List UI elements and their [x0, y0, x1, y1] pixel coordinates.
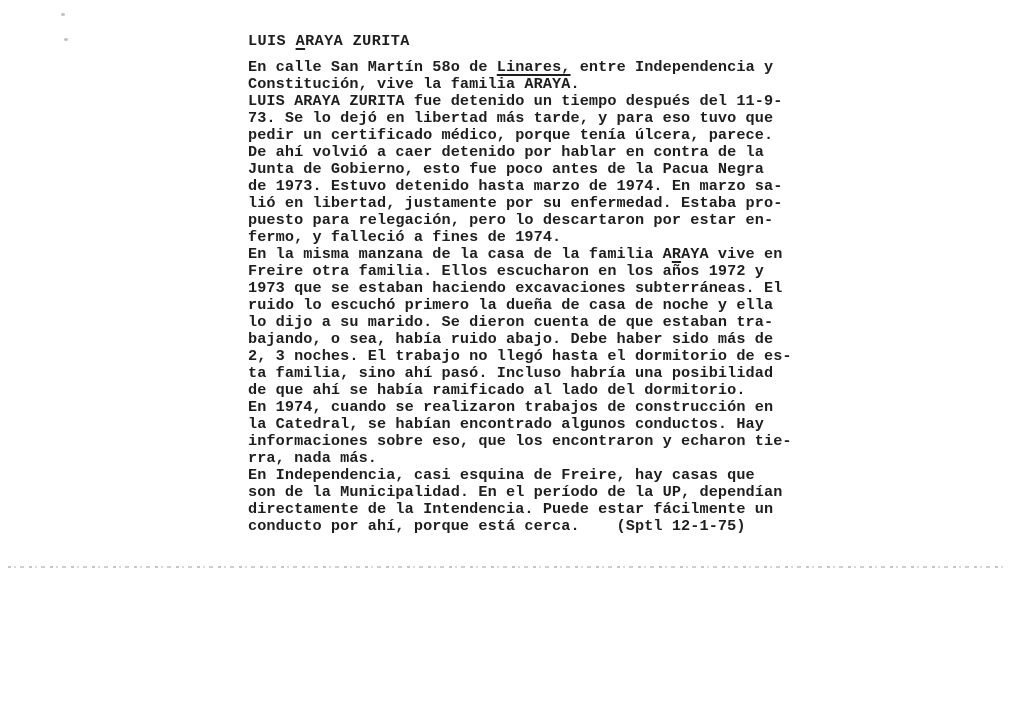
- text-segment: En la misma manzana de la casa de la fam…: [248, 245, 672, 263]
- text-line: conducto por ahí, porque está cerca. (Sp…: [248, 518, 792, 535]
- text-line: De ahí volvió a caer detenido por hablar…: [248, 144, 792, 161]
- scan-speck: [64, 38, 68, 41]
- text-line: ta familia, sino ahí pasó. Incluso habrí…: [248, 365, 792, 382]
- text-line: la Catedral, se habían encontrado alguno…: [248, 416, 792, 433]
- text-segment: entre Independencia y: [571, 58, 774, 76]
- text-line: son de la Municipalidad. En el período d…: [248, 484, 792, 501]
- text-line: En Independencia, casi esquina de Freire…: [248, 467, 792, 484]
- text-line: Junta de Gobierno, esto fue poco antes d…: [248, 161, 792, 178]
- text-line: En calle San Martín 58o de Linares, entr…: [248, 59, 792, 76]
- text-line: lo dijo a su marido. Se dieron cuenta de…: [248, 314, 792, 331]
- text-line: directamente de la Intendencia. Puede es…: [248, 501, 792, 518]
- underlined-text: R: [672, 245, 681, 263]
- text-line: ruido lo escuchó primero la dueña de cas…: [248, 297, 792, 314]
- text-line: En 1974, cuando se realizaron trabajos d…: [248, 399, 792, 416]
- document-body: En calle San Martín 58o de Linares, entr…: [248, 59, 792, 535]
- text-line: lió en libertad, justamente por su enfer…: [248, 195, 792, 212]
- text-line: 2, 3 noches. El trabajo no llegó hasta e…: [248, 348, 792, 365]
- text-line: pedir un certificado médico, porque tení…: [248, 127, 792, 144]
- text-segment: AYA vive en: [681, 245, 782, 263]
- scan-speck: [61, 13, 65, 16]
- title-text: LUIS: [248, 32, 296, 50]
- text-line: de 1973. Estuvo detenido hasta marzo de …: [248, 178, 792, 195]
- text-line: informaciones sobre eso, que los encontr…: [248, 433, 792, 450]
- scanned-document-page: LUIS ARAYA ZURITA En calle San Martín 58…: [0, 0, 1012, 717]
- document-title: LUIS ARAYA ZURITA: [248, 33, 792, 50]
- text-line: bajando, o sea, había ruido abajo. Debe …: [248, 331, 792, 348]
- text-line: 1973 que se estaban haciendo excavacione…: [248, 280, 792, 297]
- text-line: LUIS ARAYA ZURITA fue detenido un tiempo…: [248, 93, 792, 110]
- text-line: puesto para relegación, pero lo descarta…: [248, 212, 792, 229]
- text-line: fermo, y falleció a fines de 1974.: [248, 229, 792, 246]
- title-underlined-letter: A: [296, 32, 306, 50]
- typewritten-text-column: LUIS ARAYA ZURITA En calle San Martín 58…: [248, 33, 792, 535]
- text-segment: En calle San Martín 58o de: [248, 58, 497, 76]
- title-text: RAYA ZURITA: [305, 32, 410, 50]
- text-line: de que ahí se había ramificado al lado d…: [248, 382, 792, 399]
- text-line: Constitución, vive la familia ARAYA.: [248, 76, 792, 93]
- text-line: rra, nada más.: [248, 450, 792, 467]
- dotted-divider-line: [8, 566, 1004, 568]
- text-line: 73. Se lo dejó en libertad más tarde, y …: [248, 110, 792, 127]
- text-line: Freire otra familia. Ellos escucharon en…: [248, 263, 792, 280]
- text-line: En la misma manzana de la casa de la fam…: [248, 246, 792, 263]
- underlined-text: Linares,: [497, 58, 571, 76]
